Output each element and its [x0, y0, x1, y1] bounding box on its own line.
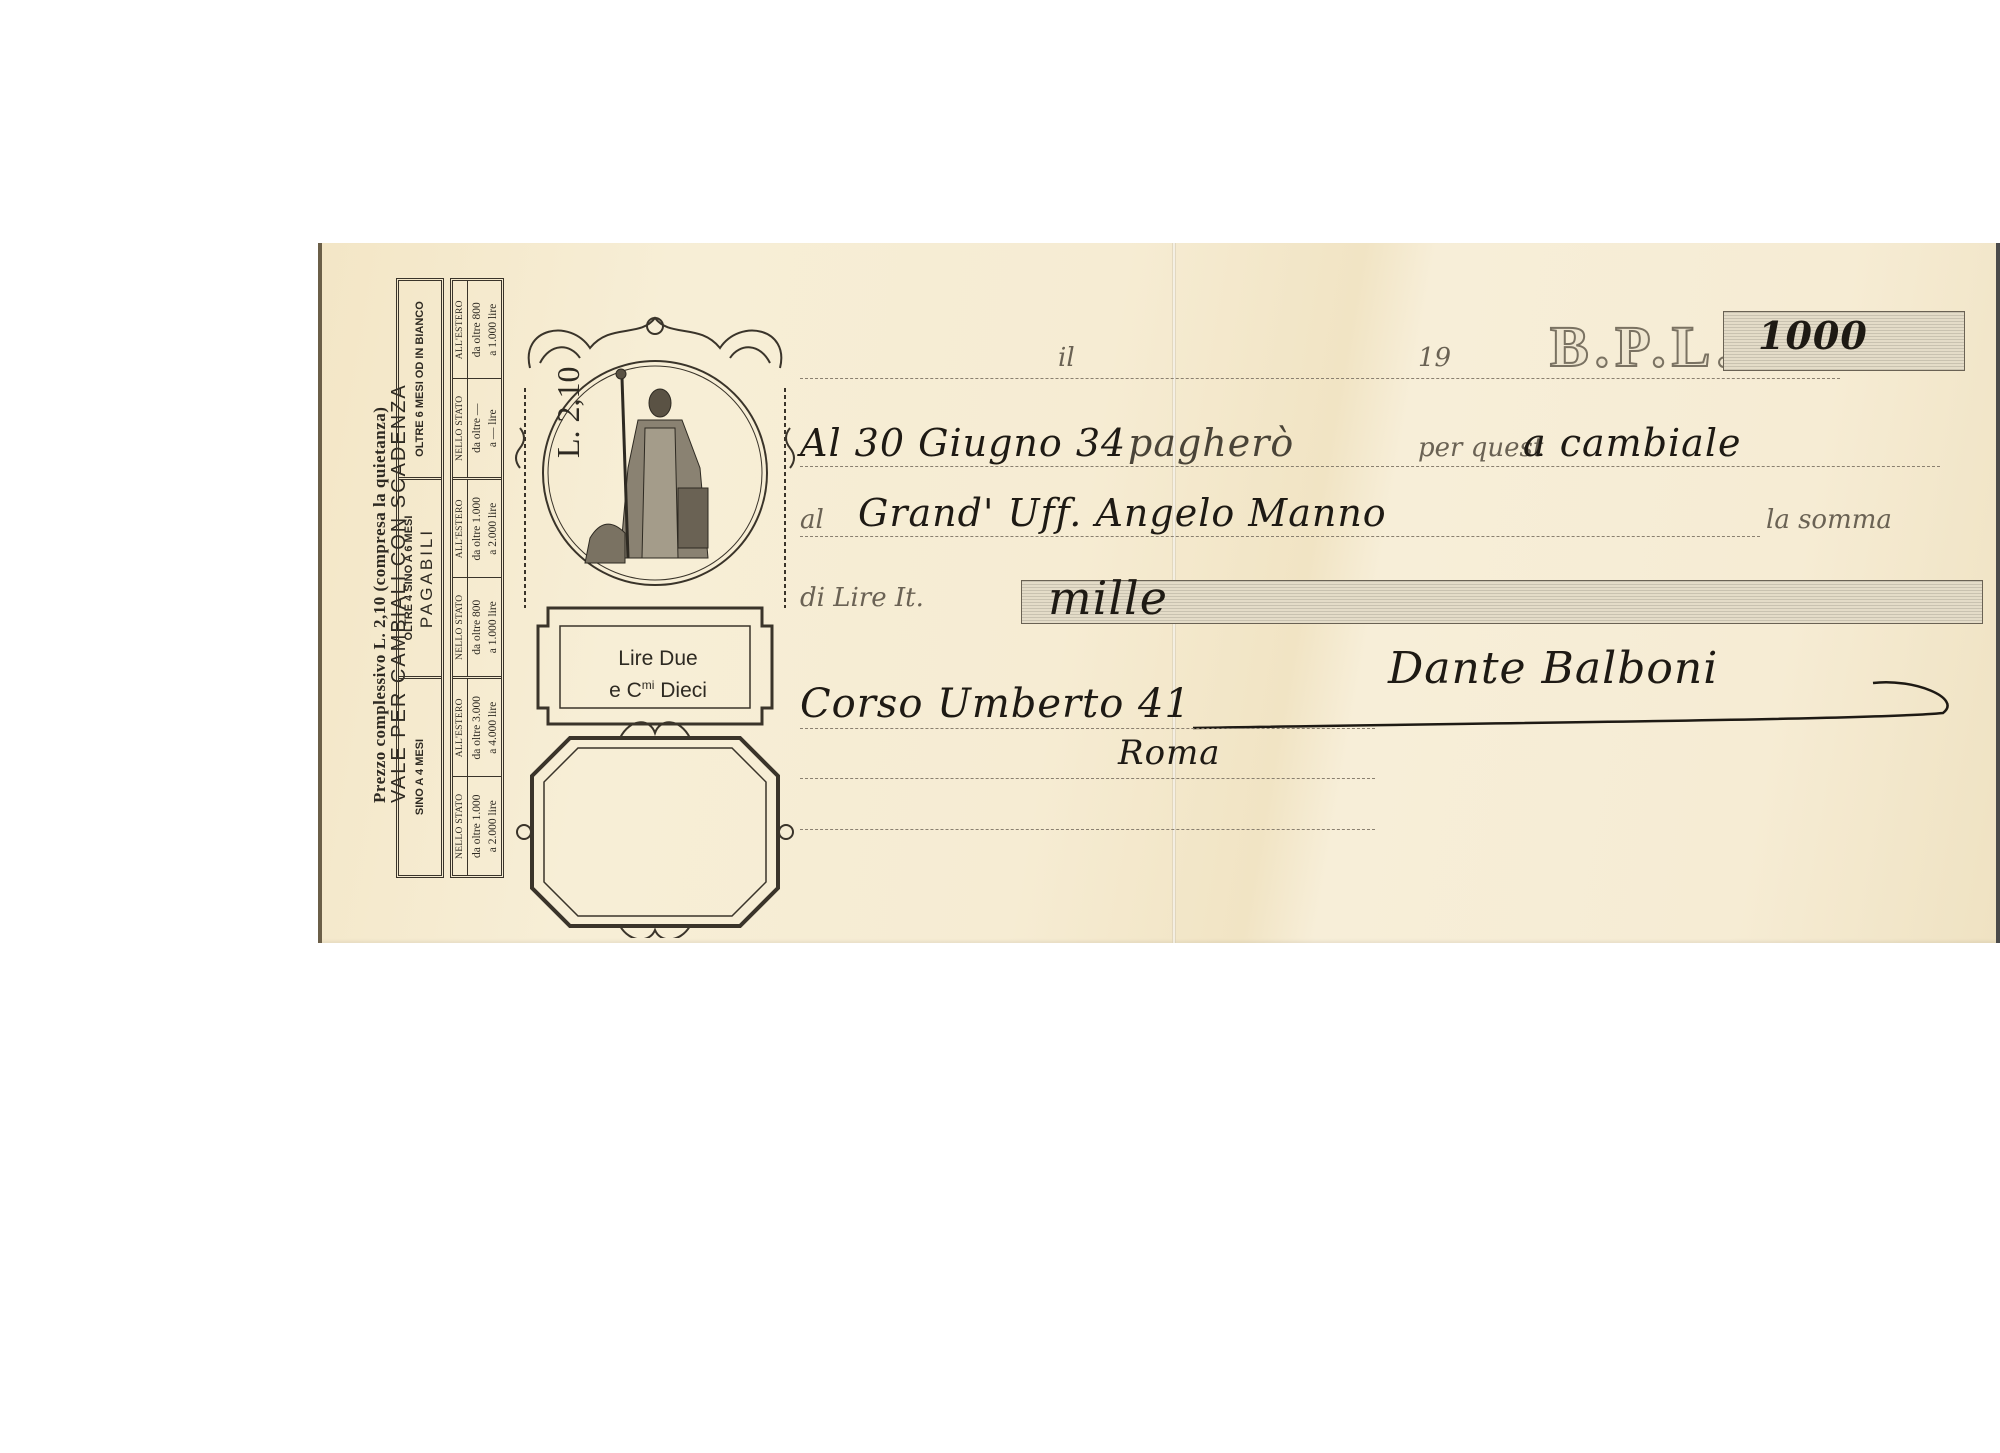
address-line-2: [800, 778, 1375, 779]
di-lire-label: di Lire It.: [800, 583, 924, 613]
payee-name: Grand' Uff. Angelo Manno: [858, 491, 1387, 535]
rate-cell: NELLO STATOda oltre 1.000a 2.000 lire: [453, 778, 501, 876]
date-label: il: [1058, 343, 1075, 373]
due-date: Al 30 Giugno 34: [800, 421, 1126, 465]
rate-cell: ALL'ESTEROda oltre 3.000a 4.000 lire: [453, 679, 501, 778]
rate-cell: ALL'ESTEROda oltre 1.000a 2.000 lire: [453, 480, 501, 579]
address-city: Roma: [1118, 733, 1221, 773]
bank-mark: B.P.L.: [1550, 313, 1737, 380]
rate-cell: NELLO STATOda oltre —a — lire: [453, 380, 501, 481]
la-somma-label: la somma: [1766, 505, 1892, 535]
signature-flourish-icon: [1173, 658, 1973, 748]
term-cell: OLTRE 6 MESI OD IN BIANCO: [399, 281, 441, 480]
rate-cell: NELLO STATOda oltre 800a 1.000 lire: [453, 579, 501, 680]
stamp-vignette: L. 2,10 Lire Due e Cmi Dieci: [510, 308, 800, 938]
year-prefix: 19: [1418, 343, 1451, 373]
amount-figures: 1000: [1758, 313, 1868, 358]
term-cell: OLTRE 4 SINO A 6 MESIPAGABILI: [399, 480, 441, 679]
promise-verb: pagherò: [1128, 421, 1294, 465]
price-line: Prezzo complessivo L. 2,10 (compresa la …: [370, 407, 390, 803]
stamp-value-words: Lire Due e Cmi Dieci: [566, 633, 750, 709]
address-line-3: [800, 829, 1375, 830]
paper-edge: [1996, 243, 2000, 943]
term-cell: SINO A 4 MESI: [399, 679, 441, 875]
payee-line: [800, 536, 1760, 537]
stamp-value: L. 2,10: [550, 366, 587, 458]
al-label: al: [800, 505, 824, 535]
address-line-1: [800, 728, 1375, 729]
rate-cell: ALL'ESTEROda oltre 800a 1.000 lire: [453, 281, 501, 380]
payment-line: [800, 466, 1940, 467]
amount-words: mille: [1048, 571, 1168, 625]
instrument-type: a cambiale: [1523, 421, 1741, 465]
address-street: Corso Umberto 41: [800, 681, 1191, 727]
rate-table: SINO A 4 MESI OLTRE 4 SINO A 6 MESIPAGAB…: [396, 278, 516, 878]
bill-of-exchange: Prezzo complessivo L. 2,10 (compresa la …: [318, 243, 2000, 943]
